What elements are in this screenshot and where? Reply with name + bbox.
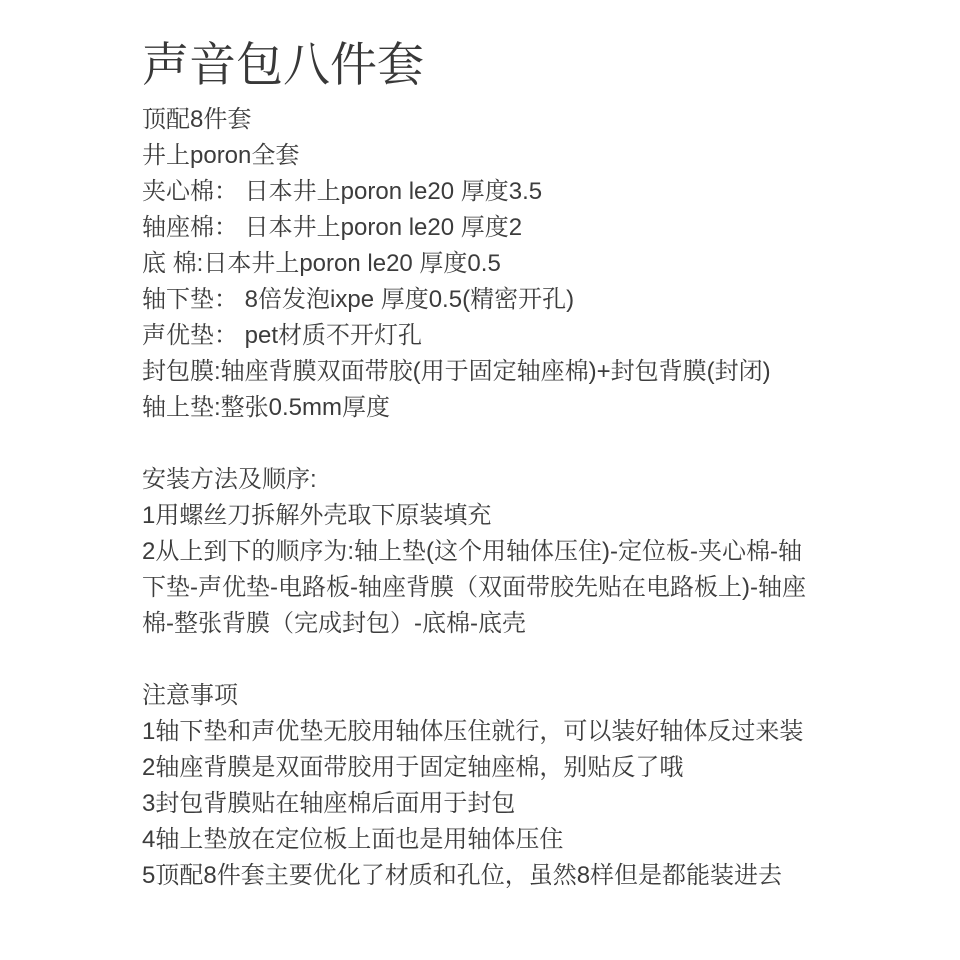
- text-line: 3封包背膜贴在轴座棉后面用于封包: [142, 786, 920, 822]
- text-line: 顶配8件套: [142, 102, 920, 138]
- text-line: 5顶配8件套主要优化了材质和孔位，虽然8样但是都能装进去: [142, 858, 920, 894]
- product-description-page: 声音包八件套 顶配8件套井上poron全套夹心棉： 日本井上poron le20…: [0, 0, 960, 960]
- section-specs: 顶配8件套井上poron全套夹心棉： 日本井上poron le20 厚度3.5轴…: [142, 102, 920, 426]
- text-line: 1用螺丝刀拆解外壳取下原装填充: [142, 498, 920, 534]
- section-gap: [142, 642, 920, 678]
- section-install-steps: 安装方法及顺序:1用螺丝刀拆解外壳取下原装填充2从上到下的顺序为:轴上垫(这个用…: [142, 462, 920, 642]
- section-notes: 注意事项1轴下垫和声优垫无胶用轴体压住就行，可以装好轴体反过来装2轴座背膜是双面…: [142, 678, 920, 894]
- text-line: 下垫-声优垫-电路板-轴座背膜（双面带胶先贴在电路板上)-轴座: [142, 570, 920, 606]
- text-line: 1轴下垫和声优垫无胶用轴体压住就行，可以装好轴体反过来装: [142, 714, 920, 750]
- text-line: 底 棉:日本井上poron le20 厚度0.5: [142, 246, 920, 282]
- text-line: 轴下垫： 8倍发泡ixpe 厚度0.5(精密开孔): [142, 282, 920, 318]
- text-line: 2轴座背膜是双面带胶用于固定轴座棉，别贴反了哦: [142, 750, 920, 786]
- section-gap: [142, 426, 920, 462]
- text-line: 井上poron全套: [142, 138, 920, 174]
- text-line: 棉-整张背膜（完成封包）-底棉-底壳: [142, 606, 920, 642]
- text-line: 声优垫： pet材质不开灯孔: [142, 318, 920, 354]
- text-line: 轴上垫:整张0.5mm厚度: [142, 390, 920, 426]
- text-line: 夹心棉： 日本井上poron le20 厚度3.5: [142, 174, 920, 210]
- text-line: 封包膜:轴座背膜双面带胶(用于固定轴座棉)+封包背膜(封闭): [142, 354, 920, 390]
- text-line: 4轴上垫放在定位板上面也是用轴体压住: [142, 822, 920, 858]
- text-line: 2从上到下的顺序为:轴上垫(这个用轴体压住)-定位板-夹心棉-轴: [142, 534, 920, 570]
- text-line: 注意事项: [142, 678, 920, 714]
- page-title: 声音包八件套: [142, 38, 920, 92]
- text-line: 安装方法及顺序:: [142, 462, 920, 498]
- text-line: 轴座棉： 日本井上poron le20 厚度2: [142, 210, 920, 246]
